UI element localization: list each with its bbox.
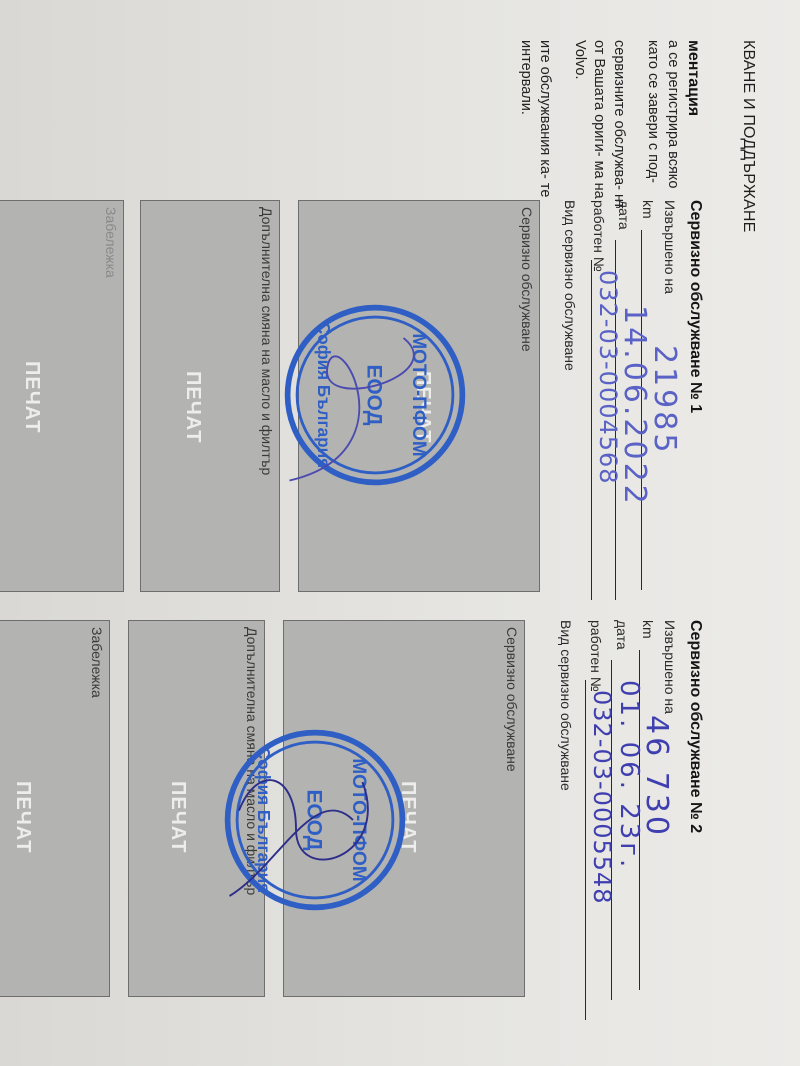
km-value[interactable]: 21985 <box>647 345 682 455</box>
performed-at-label: Извършено на <box>662 200 678 294</box>
company-stamp-2: МОТО-ПФОМ ЕООД София България <box>220 725 410 915</box>
stamp-type: ЕООД <box>302 789 325 850</box>
service-1-box-oil-change: Допълнителна смяна на масло и филтър ПЕЧ… <box>140 200 280 592</box>
date-label: дата <box>614 620 630 650</box>
service-booklet-page: КВАНЕ И ПОДДЪРЖАНЕ ментация а се регистр… <box>0 0 800 1066</box>
workorder-value[interactable]: 032-03-0005548 <box>588 690 616 905</box>
workorder-label: работен № <box>588 620 604 692</box>
stamp-city: София България <box>254 747 273 893</box>
box-label: Допълнителна смяна на масло и филтър <box>259 207 275 475</box>
box-label: Сервизно обслужване <box>519 207 535 352</box>
page-header-title: КВАНЕ И ПОДДЪРЖАНЕ <box>739 40 757 232</box>
km-label: km <box>640 620 656 639</box>
side-column-text: а се регистрира всяко като се завери с п… <box>501 40 683 210</box>
box-label: Забележка <box>103 207 119 278</box>
signature-1 <box>290 338 414 481</box>
box-label: Сервизно обслужване <box>504 627 520 772</box>
date-label: дата <box>616 200 632 230</box>
side-paragraph: а се регистрира всяко като се завери с п… <box>643 40 682 210</box>
side-paragraph: сервизните обслужва- нт от Вашата ориги-… <box>570 40 629 210</box>
stamp-placeholder: ПЕЧАТ <box>166 781 189 853</box>
company-stamp-1: МОТО-ПФОМ ЕООД София България <box>280 300 470 490</box>
workorder-value[interactable]: 032-03-0004568 <box>594 270 622 485</box>
workorder-line <box>585 680 586 1020</box>
stamp-city: София България <box>314 322 333 468</box>
service-1-box-note: Забележка ПЕЧАТ <box>0 200 124 592</box>
performed-at-label: Извършено на <box>662 620 678 714</box>
stamp-placeholder: ПЕЧАТ <box>181 371 204 443</box>
stamp-placeholder: ПЕЧАТ <box>11 781 34 853</box>
stamp-company: МОТО-ПФОМ <box>348 758 369 881</box>
km-label: km <box>640 200 656 219</box>
date-value[interactable]: 14.06.2022 <box>617 305 652 507</box>
service-record-2: Сервизно обслужване № 2 Извършено на km … <box>680 620 704 1020</box>
workorder-line <box>591 260 592 600</box>
box-label: Забележка <box>89 627 105 698</box>
service-record-1: Сервизно обслужване № 1 Извършено на km … <box>680 200 704 600</box>
date-value[interactable]: 01. 06. 23г. <box>614 680 644 870</box>
stamp-type: ЕООД <box>362 364 385 425</box>
km-value[interactable]: 46 730 <box>639 715 674 838</box>
service-2-title: Сервизно обслужване № 2 <box>686 620 704 1020</box>
service-1-title: Сервизно обслужване № 1 <box>686 200 704 600</box>
workorder-label: работен № <box>591 200 607 272</box>
type-label: Вид сервизно обслужване <box>562 200 578 371</box>
stamp-placeholder: ПЕЧАТ <box>20 361 43 433</box>
type-label: Вид сервизно обслужване <box>558 620 574 791</box>
side-column-heading: ментация <box>684 40 702 116</box>
service-2-box-note: Забележка ПЕЧАТ <box>0 620 110 997</box>
stamp-company: МОТО-ПФОМ <box>408 333 429 456</box>
side-paragraph: ите обслужвания ка- те интервали. <box>516 40 555 210</box>
